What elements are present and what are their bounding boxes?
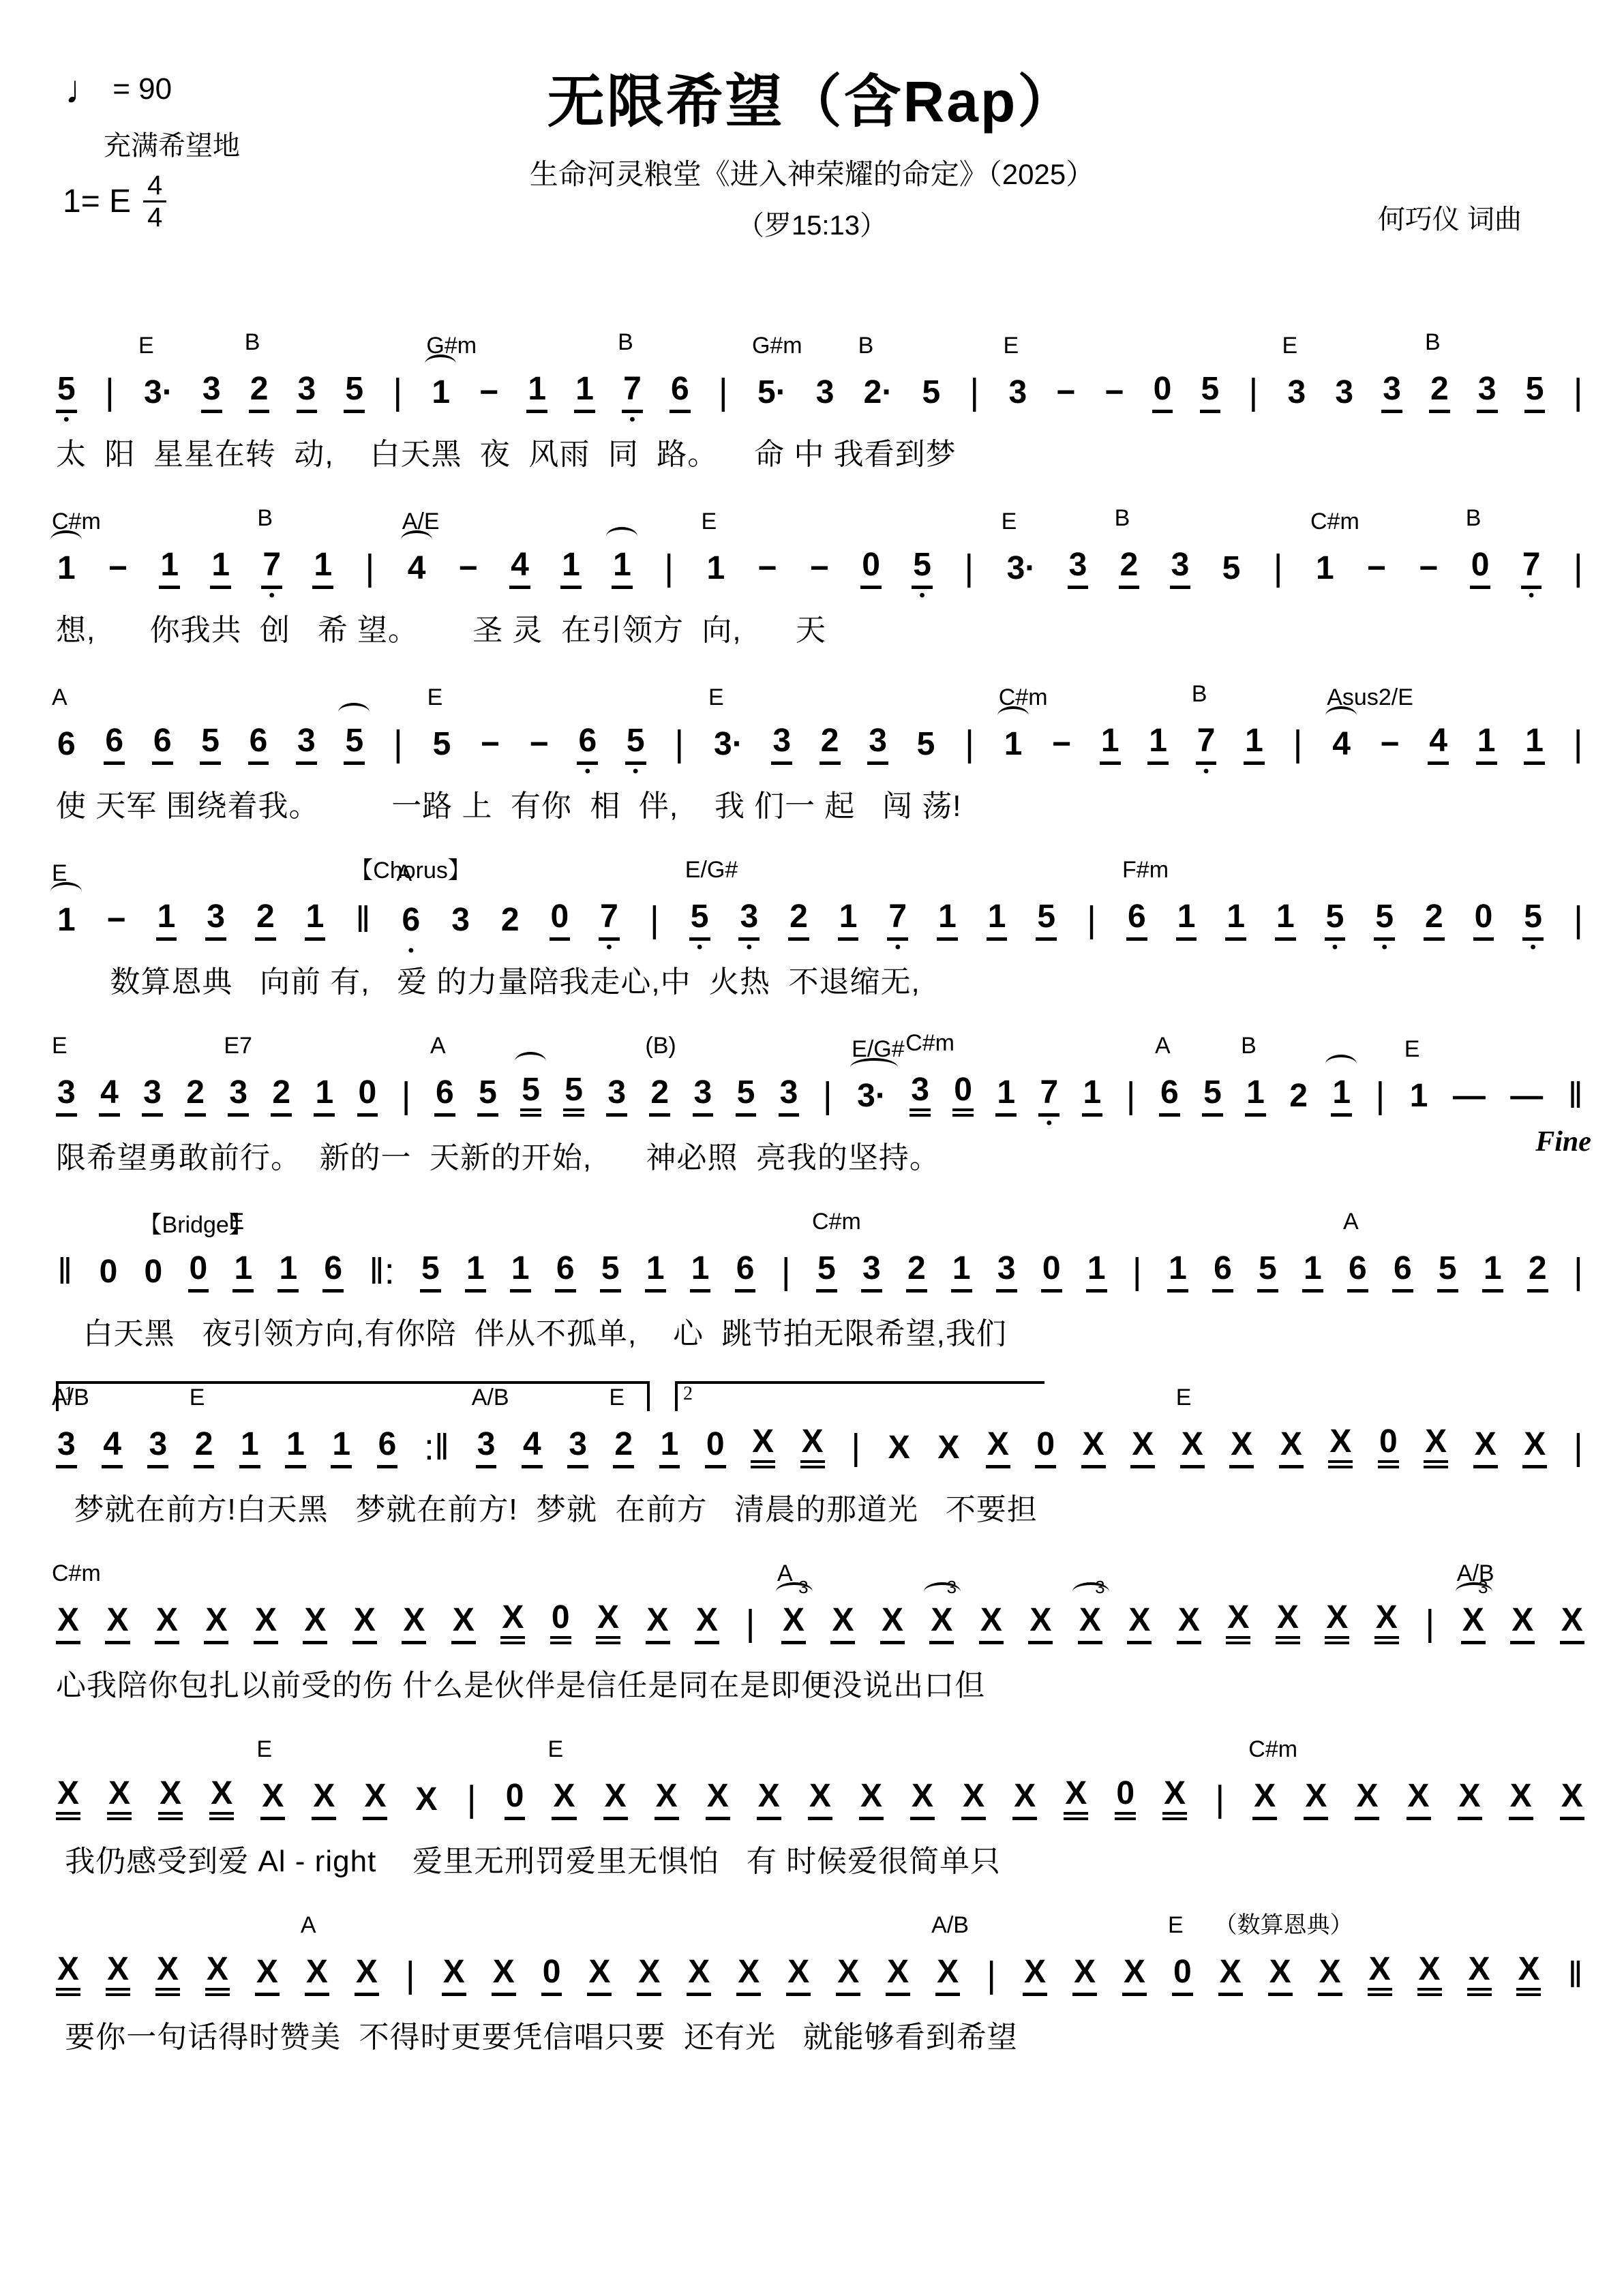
note-token: 1 [239, 1428, 260, 1468]
low-octave-dot: • [697, 939, 702, 956]
notes-row: XXXXXXAX|XX0XXXXXXXXA/B|XXX0EX（数算恩典）XXXX… [56, 1933, 1584, 1996]
triplet-number: 3 [1478, 1578, 1488, 1596]
note-token: 3• [738, 901, 760, 941]
note-token: 0 [550, 901, 571, 941]
chord-label: C#m [52, 510, 101, 533]
note-token: 7• [1521, 549, 1542, 589]
barline: | [1214, 1781, 1226, 1820]
lyrics-line: 我仍感受到爱 Al - right 爱里无刑罚爱里无惧怕 有 时候爱很简单只 [56, 1837, 1584, 1880]
meter-numerator: 4 [143, 170, 166, 200]
note-token: X [986, 1428, 1010, 1468]
barline: | [1424, 1605, 1436, 1644]
note-token: 1 [1275, 901, 1296, 941]
note-token: 3 [606, 1076, 627, 1117]
barline: | [963, 725, 976, 765]
note-token: X [1162, 1777, 1187, 1820]
triplet-number: 3 [798, 1578, 808, 1596]
barline: | [1572, 901, 1584, 941]
note-token: 5·G#m [756, 376, 788, 413]
barline: ‖【Chorus】 [354, 901, 372, 941]
barline: :‖ [423, 1429, 451, 1468]
note-token: X [1318, 1956, 1342, 1996]
lyrics-line: 想, 你我共 创 希 望。 圣 灵 在引领方 向, 天 [56, 605, 1584, 649]
note-token: 5 [200, 725, 221, 765]
note-token: 1B [1245, 1076, 1266, 1117]
note-token: 0 [1035, 1428, 1056, 1468]
note-token: − [1103, 376, 1125, 413]
note-token: 0 [357, 1076, 378, 1117]
lyrics-line: 白天黑 夜引领方向,有你陪 伴从不孤单, 心 跳节拍无限希望,我们 [56, 1309, 1584, 1353]
chord-label: A [52, 686, 67, 709]
note-token: 0B [1470, 549, 1491, 589]
note-token: 4 [99, 1076, 120, 1117]
volta-bracket: 2 [675, 1381, 1044, 1411]
lyrics-line: 心我陪你包扎以前受的伤 什么是伙伴是信任是同在是即便没说出口但 [56, 1661, 1584, 1704]
note-token: XE [1180, 1428, 1205, 1468]
barline: | [822, 1077, 834, 1117]
note-token: 1 [159, 549, 180, 589]
note-token: X [655, 1780, 679, 1820]
note-token: 3 [450, 904, 471, 941]
barline: | [104, 374, 116, 413]
barline: | [1572, 374, 1584, 413]
notes-row: 5•|3·E32B35|1G#m−117•B6|5·G#m32·B5|3E−−0… [56, 350, 1584, 413]
note-token: 2 [255, 901, 276, 941]
barline: | [391, 374, 404, 413]
note-token: X [1355, 1780, 1379, 1820]
note-token: X [1368, 1953, 1392, 1996]
note-token: X [1127, 1604, 1152, 1644]
note-token: 3E7 [228, 1076, 249, 1117]
note-token: X [596, 1601, 620, 1644]
notes-row: 1C#m−117•B1|4A/E−411|1E−−05•|3·E32B35|1C… [56, 526, 1584, 589]
note-token: 3·E/G# [856, 1080, 888, 1117]
note-token: 0 [860, 549, 882, 589]
note-token: 4A/E [406, 552, 427, 589]
notes-row: ‖00【Bridge】01E16‖:51165116|5C#m321301|16… [56, 1230, 1584, 1293]
note-token: 3 [1334, 376, 1355, 413]
note-token: X [1229, 1428, 1254, 1468]
note-token: − [1417, 552, 1439, 589]
chord-label: A [301, 1914, 316, 1937]
note-token: X [1226, 1601, 1250, 1644]
barline: | [1572, 1253, 1584, 1293]
note-token: X [1279, 1428, 1304, 1468]
note-token: 1C#m [56, 552, 77, 589]
note-token: X [107, 1777, 132, 1820]
note-token: 2 [819, 725, 841, 765]
barline: | [744, 1605, 756, 1644]
chord-label: B [1115, 507, 1130, 530]
note-token: 5 [920, 376, 942, 413]
note-token: 6 [104, 725, 125, 765]
note-token: 0【Bridge】 [143, 1256, 164, 1293]
note-token: 0 [705, 1428, 726, 1468]
volta-number: 2 [678, 1384, 693, 1405]
music-system: XC#mXXXXXXXXX0XXX|XA3XXX3XXX3XXXXXX|XA/B… [56, 1537, 1584, 1712]
time-signature: 4 4 [143, 170, 166, 232]
music-system: XXXXXXAX|XX0XXXXXXXXA/B|XXX0EX（数算恩典）XXXX… [56, 1888, 1584, 2064]
barline: | [1272, 549, 1284, 589]
note-token: 1 [285, 1428, 306, 1468]
note-token: 3 [1381, 373, 1402, 413]
note-token: X [1467, 1953, 1492, 1996]
note-token: − [479, 728, 501, 765]
note-token: 2(B) [649, 1076, 670, 1117]
note-token: 1 [937, 901, 958, 941]
note-token: 1 [645, 1252, 666, 1293]
note-token: 6F#m [1126, 901, 1147, 941]
chord-label: A [1155, 1034, 1171, 1057]
note-token: 3 [693, 1076, 714, 1117]
note-token: 5• [625, 725, 646, 765]
note-token: 3A/B [56, 1428, 77, 1468]
tempo-marking: ♩ = 90 [65, 67, 172, 112]
note-token: X3 [1078, 1604, 1102, 1644]
notes-row: 1E−1321‖【Chorus】6•A3207•|5•E/G#3•217•115… [56, 878, 1584, 941]
note-token: X [255, 1956, 280, 1996]
note-token: 5E [432, 728, 453, 765]
lyrics-line: 梦就在前方!白天黑 梦就在前方! 梦就 在前方 清晨的那道光 不要担 [56, 1485, 1584, 1528]
note-token: 6 [322, 1252, 344, 1293]
note-token: 6 [555, 1252, 576, 1293]
chord-label: E [228, 1210, 244, 1233]
note-token: X [830, 1604, 855, 1644]
note-token: 6 [1212, 1252, 1233, 1293]
barline: | [780, 1253, 792, 1293]
note-token: X [355, 1956, 379, 1996]
chord-label: (B) [645, 1034, 676, 1057]
note-token: 3E [1287, 376, 1308, 413]
note-token: X [1424, 1425, 1448, 1468]
note-token: − [1379, 728, 1401, 765]
barline: | [663, 549, 675, 589]
note-token: — [1452, 1080, 1487, 1117]
note-token: X [254, 1604, 278, 1644]
notes-row: 6A665635|5E−−6•5•|3·E3235|1C#m−117•B1|4A… [56, 702, 1584, 765]
note-token: 4 [102, 1428, 123, 1468]
notes-row: XC#mXXXXXXXXX0XXX|XA3XXX3XXX3XXXXXX|XA/B… [56, 1582, 1584, 1644]
note-token: 1 [995, 1076, 1017, 1117]
mood-marking: 充满希望地 [104, 124, 240, 163]
note-token: 0 [952, 1074, 974, 1117]
note-token: 3 [1068, 549, 1089, 589]
note-token: 1E [1409, 1080, 1430, 1117]
note-token: 1 [1100, 725, 1121, 765]
note-token: 4 [509, 549, 530, 589]
note-token: X [492, 1956, 516, 1996]
note-token: X [209, 1777, 234, 1820]
note-token: X [603, 1780, 628, 1820]
note-token: − [478, 376, 500, 413]
note-token: 6A [1159, 1076, 1180, 1117]
barline: | [363, 549, 376, 589]
meter-denominator: 4 [143, 200, 166, 232]
barline: | [985, 1957, 997, 1996]
chord-label: C#m [52, 1562, 101, 1585]
note-token: 1E [232, 1252, 254, 1293]
note-token: − [1366, 552, 1387, 589]
lyrics-line: 要你一句话得时赞美 不得时更要凭信唱只要 还有光 就能够看到希望 [56, 2012, 1584, 2056]
note-token: 2B [1429, 373, 1450, 413]
barline: | [400, 1077, 412, 1117]
note-token: 2 [1527, 1252, 1548, 1293]
note-token: X [757, 1780, 781, 1820]
chord-label: E [1002, 510, 1017, 533]
note-token: 2B [1119, 549, 1140, 589]
note-token: X [1012, 1780, 1037, 1820]
note-token: 5 [1524, 373, 1546, 413]
note-token: 3 [147, 1428, 168, 1468]
note-token: 5 [1257, 1252, 1278, 1293]
note-token: X [687, 1956, 711, 1996]
chord-label: B [618, 331, 633, 354]
note-token: X [751, 1425, 775, 1468]
note-token: X [312, 1780, 336, 1820]
note-token: XA [305, 1956, 329, 1996]
note-token: − [107, 552, 129, 589]
tie-arc [606, 527, 637, 546]
note-token: X [1064, 1777, 1088, 1820]
lyrics-line: 数算恩典 向前 有, 爱 的力量陪我走心,中 火热 不退缩无, [56, 957, 1584, 1001]
note-token: XE [260, 1780, 285, 1820]
chord-label: F#m [1122, 858, 1169, 881]
note-token: 6A [56, 728, 77, 765]
note-token: 0 [1041, 1252, 1062, 1293]
low-octave-dot: • [1529, 588, 1534, 604]
barline: | [1292, 725, 1304, 765]
note-token: X [1473, 1428, 1498, 1468]
note-token: X [880, 1604, 905, 1644]
song-title: 无限希望（含Rap） [0, 0, 1624, 138]
tie-arc [997, 706, 1029, 725]
note-token: X [1028, 1604, 1053, 1644]
note-token: 1 [1476, 725, 1497, 765]
note-token: 0 [1115, 1777, 1136, 1820]
chord-label: G#m [752, 334, 802, 357]
note-token: 0 [505, 1780, 526, 1820]
chord-label: E7 [224, 1034, 252, 1057]
chord-label: E/G# [852, 1038, 904, 1061]
barline: | [648, 901, 661, 941]
note-token: 3E [1007, 376, 1028, 413]
tie-arc [425, 354, 456, 374]
quarter-note-icon: ♩ [65, 67, 104, 112]
chord-label: B [257, 507, 273, 530]
note-token: X（数算恩典） [1218, 1956, 1243, 1996]
note-token: X [786, 1956, 811, 1996]
barline: | [717, 374, 730, 413]
note-token: 3 [1170, 549, 1191, 589]
note-token: 7• [599, 901, 620, 941]
tempo-value: = 90 [112, 72, 172, 106]
note-token: 1 [331, 1428, 352, 1468]
note-token: 3C#m [909, 1074, 931, 1117]
score-systems: 5•|3·E32B35|1G#m−117•B6|5·G#m32·B5|3E−−0… [56, 305, 1584, 2064]
barline: | [1572, 725, 1584, 765]
music-system: 6A665635|5E−−6•5•|3·E3235|1C#m−117•B1|4A… [56, 657, 1584, 833]
note-token: X [155, 1604, 179, 1644]
note-token: 5• [912, 549, 933, 589]
barline: ‖ [1566, 1957, 1584, 1996]
notes-row: XXXXXEXXX|0XEXXXXXXXXXX0X|XC#mXXXXXX [56, 1757, 1584, 1820]
note-token: 5 [520, 1074, 541, 1117]
note-token: 3 [815, 376, 836, 413]
note-token: X3 [929, 1604, 954, 1644]
note-token: 2E [613, 1428, 634, 1468]
low-octave-dot: • [895, 939, 901, 956]
lyrics-line: 太 阳 星星在转 动, 白天黑 夜 风雨 同 路。 命 中 我看到梦 [56, 429, 1584, 473]
note-token: 2 [500, 904, 521, 941]
note-token: 5 [1036, 901, 1057, 941]
chord-label: A/B [52, 1386, 89, 1409]
note-token: 3 [861, 1252, 882, 1293]
note-token: X [1417, 1953, 1442, 1996]
note-token: X [936, 1432, 961, 1468]
note-token: X [56, 1777, 80, 1820]
note-token: 7• [1038, 1076, 1059, 1117]
chord-label: B [1466, 507, 1482, 530]
note-token: 3 [142, 1076, 163, 1117]
note-token: X [706, 1780, 730, 1820]
note-token: 2 [788, 901, 809, 941]
note-token: 3A/B [476, 1428, 497, 1468]
low-octave-dot: • [1530, 939, 1535, 956]
triplet-number: 3 [1095, 1578, 1104, 1596]
note-token: 1 [690, 1252, 711, 1293]
note-token: 1 [314, 1076, 335, 1117]
note-token: 3 [567, 1428, 588, 1468]
note-token: 5• [1374, 901, 1395, 941]
music-system: XXXXXEXXX|0XEXXXXXXXXXX0X|XC#mXXXXXX 我仍感… [56, 1712, 1584, 1888]
note-token: 5• [1522, 901, 1544, 941]
note-token: 5 [1221, 552, 1242, 589]
note-token: 1 [1302, 1252, 1323, 1293]
note-token: X [500, 1601, 525, 1644]
chord-label: C#m [1248, 1738, 1297, 1761]
chord-label: E [1176, 1386, 1192, 1409]
note-token: X [1276, 1601, 1300, 1644]
note-token: 1 [1524, 725, 1545, 765]
music-system: 1C#m−117•B1|4A/E−411|1E−−05•|3·E32B35|1C… [56, 481, 1584, 657]
low-octave-dot: • [585, 764, 590, 780]
note-token: 1 [277, 1252, 299, 1293]
low-octave-dot: • [1203, 764, 1209, 780]
note-token: 1 [1086, 1252, 1107, 1293]
note-token: X [204, 1604, 228, 1644]
song-sheet-page: ♩ = 90 充满希望地 1= E 4 4 无限希望（含Rap） 生命河灵粮堂《… [0, 0, 1624, 2296]
note-token: 5C#m [816, 1252, 837, 1293]
note-token: 6A [434, 1076, 455, 1117]
note-token: 3 [867, 725, 888, 765]
note-token: 1 [574, 373, 595, 413]
note-token: 2 [271, 1076, 292, 1117]
note-token: 1 [526, 373, 547, 413]
tie-arc [850, 1058, 898, 1077]
note-token: 5 [1437, 1252, 1458, 1293]
note-token: XE [552, 1780, 576, 1820]
note-token: X [1374, 1601, 1399, 1644]
note-token: 0 [550, 1601, 571, 1644]
chord-label: B [858, 334, 874, 357]
note-token: 1G#m [430, 376, 451, 413]
note-token: 1 [465, 1252, 486, 1293]
note-token: 5 [344, 373, 365, 413]
note-token: 2 [185, 1076, 206, 1117]
note-token: X [646, 1604, 670, 1644]
chord-label: Asus2/E [1327, 686, 1413, 709]
note-token: X [1325, 1601, 1349, 1644]
note-token: X [363, 1780, 387, 1820]
note-token: X [106, 1953, 130, 1996]
low-octave-dot: • [747, 939, 752, 956]
chord-label: G#m [426, 334, 477, 357]
note-token: 1 [312, 549, 333, 589]
low-octave-dot: • [408, 943, 414, 959]
chord-label: E [52, 862, 67, 885]
note-token: 1 [987, 901, 1008, 941]
key-signature: 1= E 4 4 [63, 170, 166, 232]
note-token: 6 [670, 373, 691, 413]
sheet-header: ♩ = 90 充满希望地 1= E 4 4 无限希望（含Rap） 生命河灵粮堂《… [0, 0, 1624, 303]
note-token: X [352, 1604, 377, 1644]
chord-label: A/B [1457, 1562, 1494, 1585]
note-token: 1 [1331, 1076, 1352, 1117]
barline: | [1374, 1077, 1386, 1117]
note-token: 1 [1482, 1252, 1503, 1293]
note-token: − [757, 552, 779, 589]
chord-label: E [1168, 1914, 1184, 1937]
barline: | [968, 374, 980, 413]
note-token: X [1560, 1780, 1584, 1820]
note-token: 2 [1424, 901, 1445, 941]
tie-arc [1325, 1055, 1357, 1074]
barline: | [392, 725, 404, 765]
note-token: X [1560, 1604, 1584, 1644]
barline: | [1572, 549, 1584, 589]
chord-label: B [1425, 331, 1441, 354]
note-token: X [205, 1953, 230, 1996]
lyrics-line: 使 天军 围绕着我。 一路 上 有你 相 伴, 我 们一 起 闯 荡! [56, 781, 1584, 825]
note-token: X [1509, 1780, 1533, 1820]
note-token: 6 [377, 1428, 398, 1468]
note-token: 5 [344, 725, 365, 765]
music-system: 3E4323E7210|6A55532(B)353|3·E/G#3C#m017•… [56, 1009, 1584, 1185]
note-token: 4Asus2/E [1331, 728, 1352, 765]
chord-label: C#m [999, 686, 1048, 709]
note-token: 1 [1244, 725, 1265, 765]
music-system: 1E−1321‖【Chorus】6•A3207•|5•E/G#3•217•115… [56, 833, 1584, 1009]
notes-row: 3A/B432E1116:‖3A/B432E10XX|XXX0XXXEXXX0X… [56, 1406, 1584, 1468]
low-octave-dot: • [1047, 1115, 1052, 1132]
chord-label: B [1241, 1034, 1257, 1057]
tie-arc [50, 882, 82, 901]
chord-label: A [777, 1562, 793, 1585]
volta-bracket: 1 [56, 1381, 650, 1411]
barline: | [466, 1781, 478, 1820]
note-token: 2 [906, 1252, 927, 1293]
note-token: X [158, 1777, 183, 1820]
barline: ‖: [367, 1253, 395, 1293]
note-token: 0 [188, 1252, 209, 1293]
note-token: 1 [510, 1252, 531, 1293]
tie-arc [401, 530, 432, 549]
note-token: X [303, 1604, 327, 1644]
barline: | [1247, 374, 1259, 413]
key-label: 1= E [63, 183, 131, 220]
note-token: 3 [779, 1076, 800, 1117]
note-token: 1 [1147, 725, 1169, 765]
